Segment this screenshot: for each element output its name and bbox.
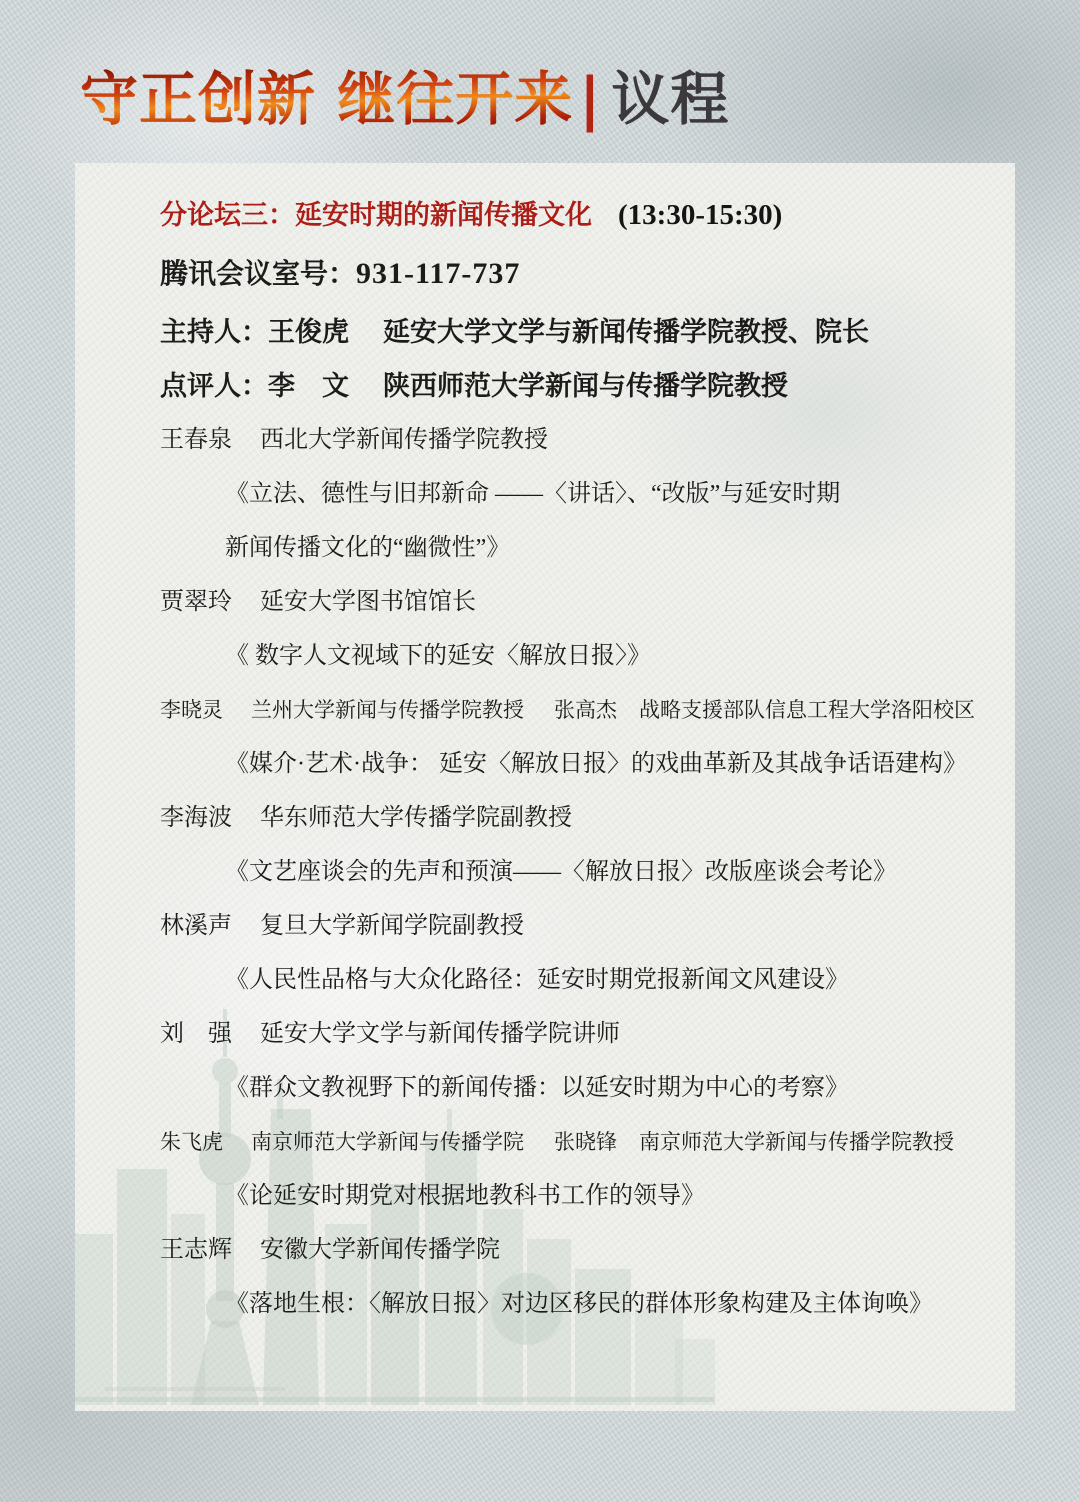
meeting-room-label: 腾讯会议室号： — [160, 259, 356, 290]
speaker-affiliation: 复旦大学新闻学院副教授 — [260, 913, 524, 939]
host-label: 主持人： — [160, 317, 268, 347]
commentator-affiliation: 陕西师范大学新闻与传播学院教授 — [383, 371, 788, 401]
commentator-line: 点评人：李 文陕西师范大学新闻与传播学院教授 — [160, 372, 987, 401]
speaker-affiliation: 延安大学图书馆馆长 — [260, 589, 476, 615]
paper-title-line: 《群众文教视野下的新闻传播：以延安时期为中心的考察》 — [160, 1074, 987, 1103]
paper-title-line: 《媒介·艺术·战争： 延安〈解放日报〉的戏曲革新及其战争话语建构》 — [160, 750, 987, 779]
agenda-poster: 守正创新 继往开来|议程 — [0, 0, 1080, 1502]
content-panel: 分论坛三：延安时期的新闻传播文化(13:30-15:30) 腾讯会议室号：931… — [75, 163, 1015, 1411]
meeting-room-number: 931-117-737 — [356, 257, 520, 290]
host-line: 主持人：王俊虎延安大学文学与新闻传播学院教授、院长 — [160, 318, 987, 347]
forum-heading: 分论坛三：延安时期的新闻传播文化(13:30-15:30) — [160, 201, 987, 234]
co-speaker-name: 张高杰 — [554, 698, 617, 722]
speaker-line: 王春泉西北大学新闻传播学院教授 — [160, 426, 987, 455]
forum-title: 分论坛三：延安时期的新闻传播文化 — [160, 200, 592, 230]
speaker-line: 贾翠玲延安大学图书馆馆长 — [160, 588, 987, 617]
speaker-line: 王志辉安徽大学新闻传播学院 — [160, 1236, 987, 1265]
speaker-affiliation: 安徽大学新闻传播学院 — [260, 1237, 500, 1263]
paper-title-line: 《立法、德性与旧邦新命 ——〈讲话〉、“改版”与延安时期 — [160, 480, 987, 509]
speaker-name: 李海波 — [160, 805, 232, 831]
agenda-content: 分论坛三：延安时期的新闻传播文化(13:30-15:30) 腾讯会议室号：931… — [75, 163, 1015, 1319]
speaker-line: 朱飞虎南京师范大学新闻与传播学院张晓锋南京师范大学新闻与传播学院教授 — [160, 1128, 987, 1157]
host-name: 王俊虎 — [268, 317, 349, 347]
co-speaker-name: 张晓锋 — [554, 1130, 617, 1154]
paper-title-line: 《文艺座谈会的先声和预演——〈解放日报〉改版座谈会考论》 — [160, 858, 987, 887]
forum-time: (13:30-15:30) — [618, 199, 782, 231]
speaker-affiliation: 南京师范大学新闻与传播学院 — [251, 1130, 524, 1154]
speaker-affiliation: 西北大学新闻传播学院教授 — [260, 427, 548, 453]
speaker-affiliation: 兰州大学新闻与传播学院教授 — [251, 698, 524, 722]
speaker-line: 李晓灵兰州大学新闻与传播学院教授张高杰战略支援部队信息工程大学洛阳校区 — [160, 696, 987, 725]
paper-title-line: 《落地生根：〈解放日报〉对边区移民的群体形象构建及主体询唤》 — [160, 1290, 987, 1319]
host-affiliation: 延安大学文学与新闻传播学院教授、院长 — [383, 317, 869, 347]
speaker-name: 李晓灵 — [160, 698, 223, 722]
speaker-line: 林溪声复旦大学新闻学院副教授 — [160, 912, 987, 941]
speaker-name: 贾翠玲 — [160, 589, 232, 615]
co-speaker-affiliation: 战略支援部队信息工程大学洛阳校区 — [639, 698, 975, 722]
paper-title-line: 《论延安时期党对根据地教科书工作的领导》 — [160, 1182, 987, 1211]
paper-title-line: 新闻传播文化的“幽微性”》 — [160, 534, 987, 563]
meeting-room-line: 腾讯会议室号：931-117-737 — [160, 259, 987, 293]
speaker-name: 朱飞虎 — [160, 1130, 223, 1154]
speaker-line: 李海波华东师范大学传播学院副教授 — [160, 804, 987, 833]
commentator-name: 李 文 — [268, 371, 349, 401]
page-title-main: 守正创新 继往开来 — [80, 65, 573, 133]
commentator-label: 点评人： — [160, 371, 268, 401]
page-title: 守正创新 继往开来|议程 — [80, 62, 729, 136]
speaker-affiliation: 延安大学文学与新闻传播学院讲师 — [260, 1021, 620, 1047]
speaker-affiliation: 华东师范大学传播学院副教授 — [260, 805, 572, 831]
paper-title-line: 《 数字人文视域下的延安〈解放日报〉》 — [160, 642, 987, 671]
speaker-name: 王志辉 — [160, 1237, 232, 1263]
speaker-name: 刘 强 — [160, 1021, 232, 1047]
paper-title-line: 《人民性品格与大众化路径：延安时期党报新闻文风建设》 — [160, 966, 987, 995]
speaker-name: 林溪声 — [160, 913, 232, 939]
title-divider: | — [579, 65, 601, 133]
speaker-line: 刘 强延安大学文学与新闻传播学院讲师 — [160, 1020, 987, 1049]
co-speaker-affiliation: 南京师范大学新闻与传播学院教授 — [639, 1130, 954, 1154]
page-title-suffix: 议程 — [611, 65, 729, 133]
speaker-name: 王春泉 — [160, 427, 232, 453]
